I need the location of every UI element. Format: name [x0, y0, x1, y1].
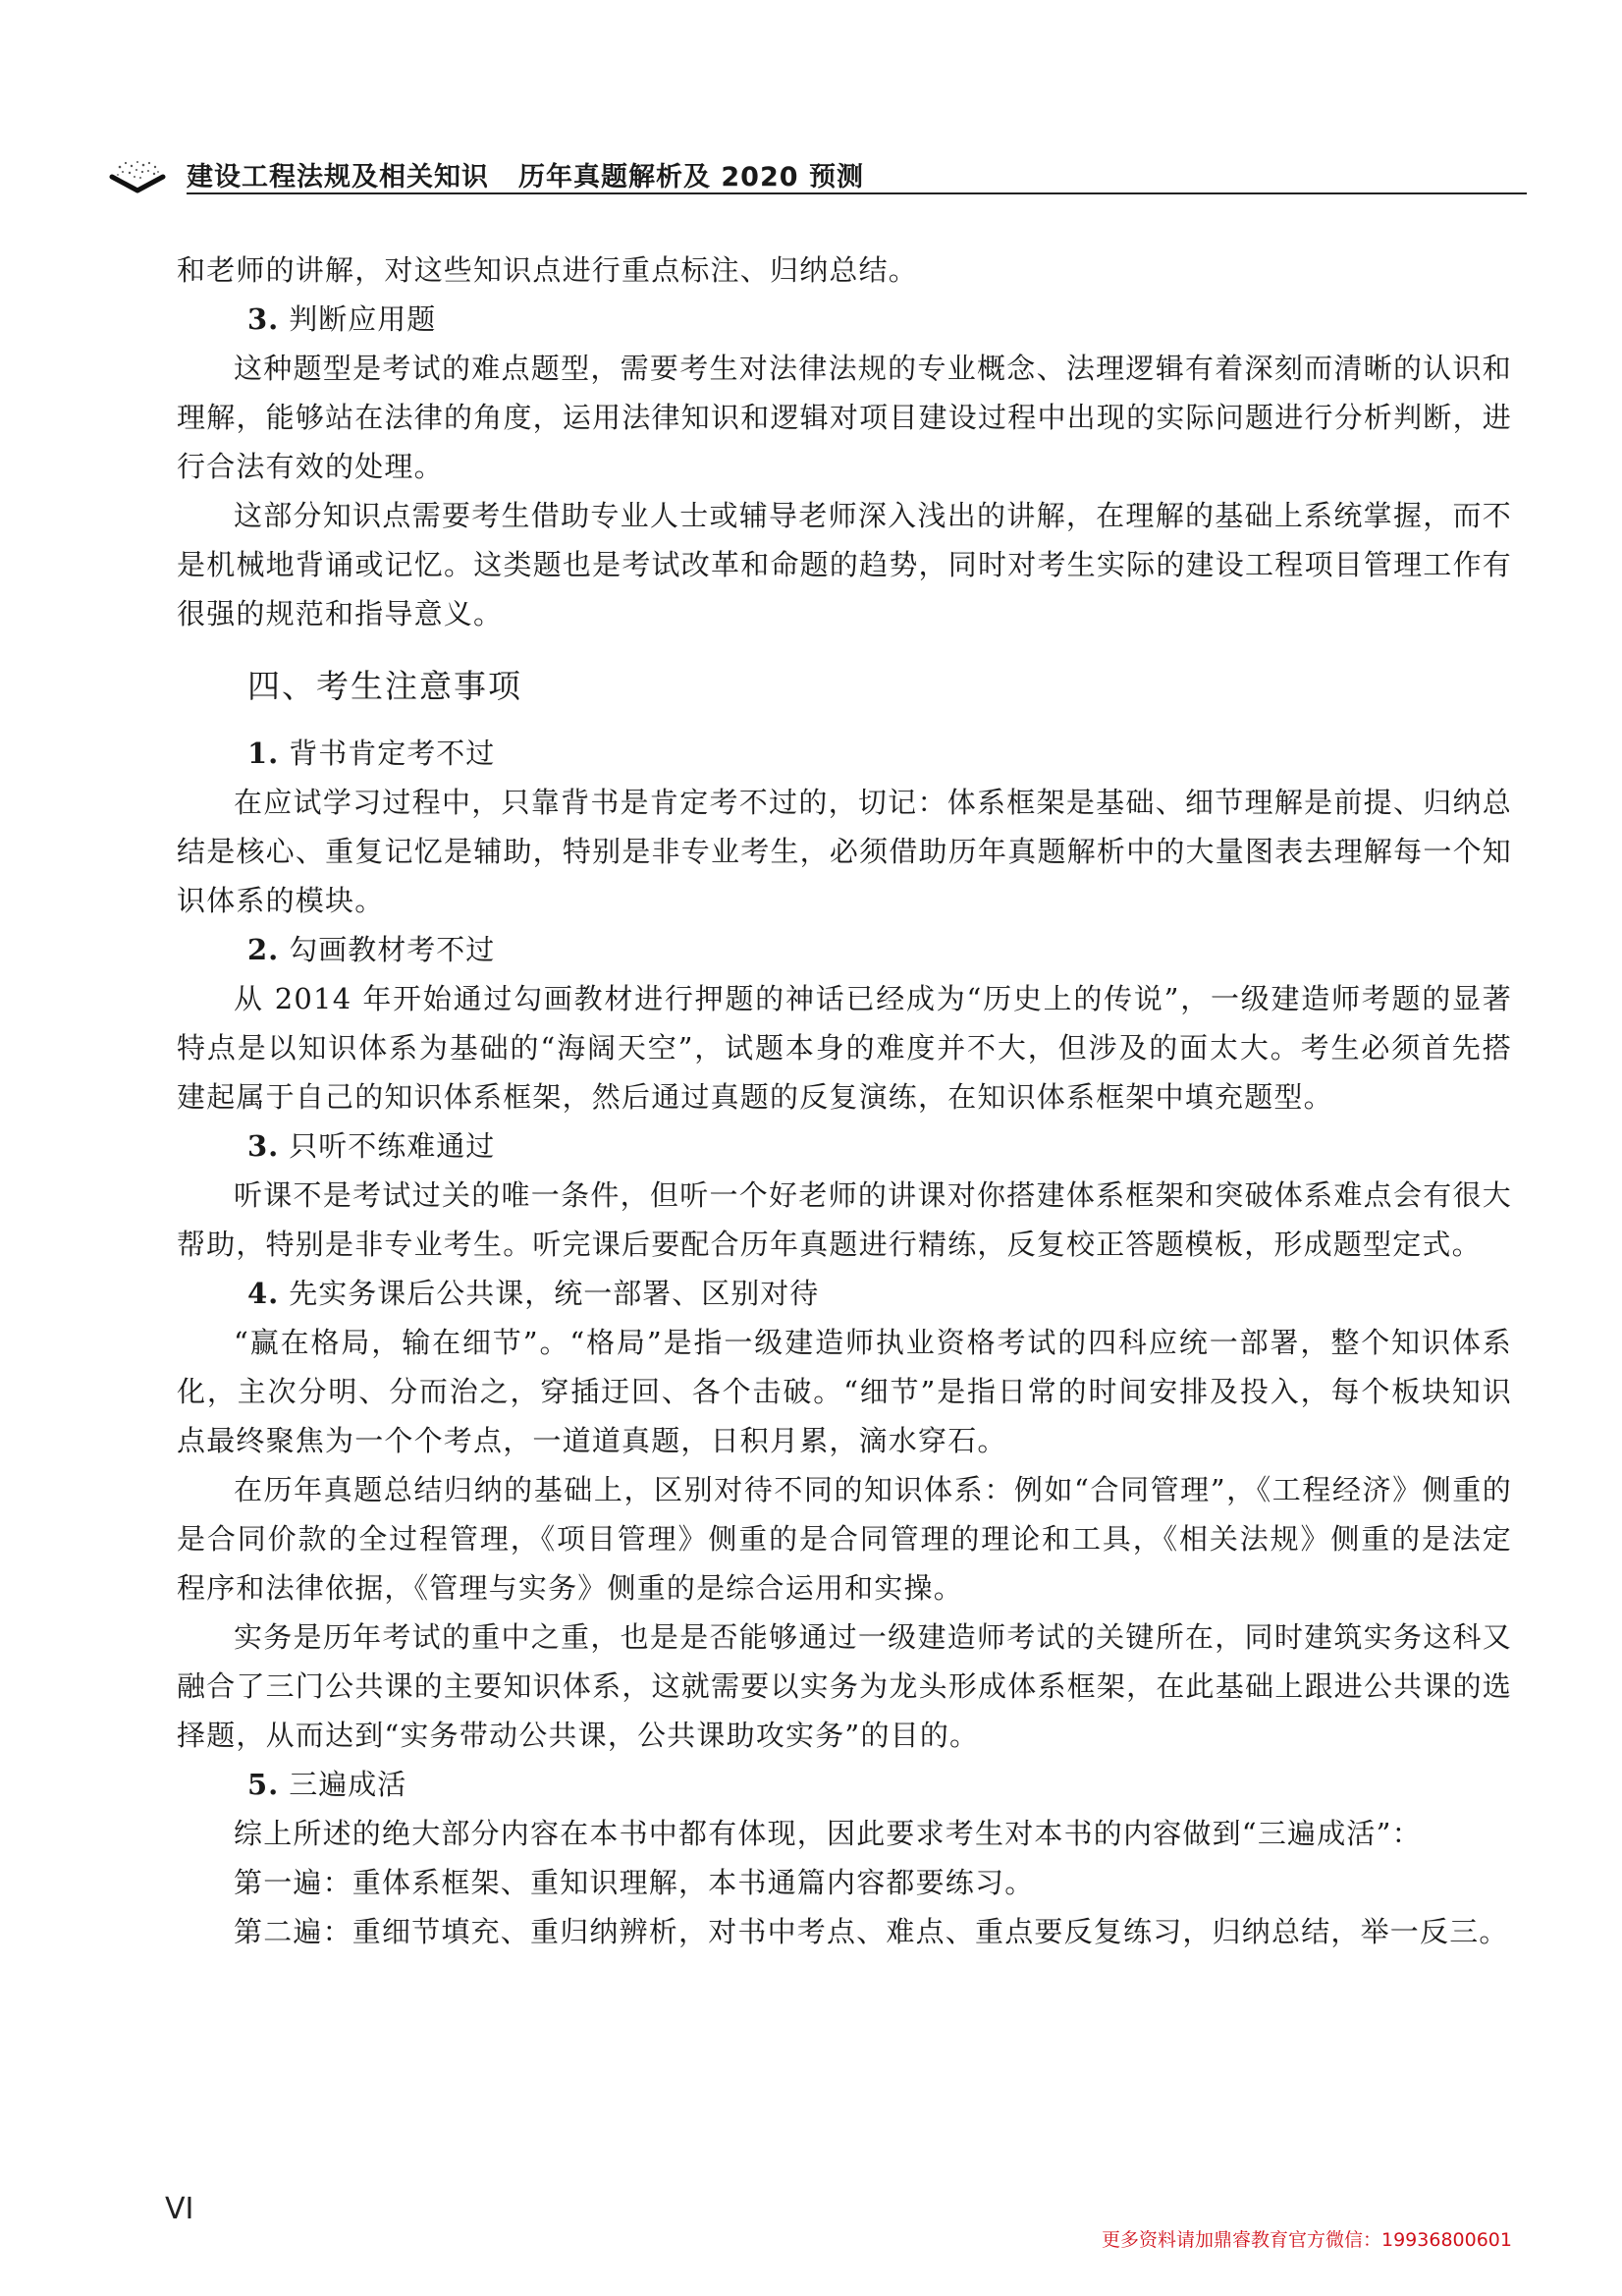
subsection-heading: 3.只听不练难通过 [177, 1121, 1512, 1171]
subsection-title: 判断应用题 [289, 302, 436, 336]
subsection-number: 1. [247, 737, 279, 770]
paragraph: 这部分知识点需要考生借助专业人士或辅导老师深入浅出的讲解，在理解的基础上系统掌握… [177, 491, 1512, 638]
page-number: VI [165, 2192, 193, 2226]
running-header: 建设工程法规及相关知识历年真题解析及 2020 预测 [108, 149, 1527, 198]
paragraph: 实务是历年考试的重中之重，也是是否能够通过一级建造师考试的关键所在，同时建筑实务… [177, 1613, 1512, 1760]
subsection-title: 先实务课后公共课，统一部署、区别对待 [289, 1277, 819, 1310]
subsection-number: 3. [247, 1129, 279, 1163]
paragraph: 听课不是考试过关的唯一条件，但听一个好老师的讲课对你搭建体系框架和突破体系难点会… [177, 1171, 1512, 1269]
paragraph: 第二遍：重细节填充、重归纳辨析，对书中考点、难点、重点要反复练习，归纳总结，举一… [177, 1907, 1512, 1956]
subsection-number: 3. [247, 302, 279, 336]
subsection-number: 4. [247, 1277, 279, 1310]
paragraph: 从 2014 年开始通过勾画教材进行押题的神话已经成为“历史上的传说”，一级建造… [177, 974, 1512, 1121]
subsection-heading: 3.判断应用题 [177, 295, 1512, 344]
subsection-title: 勾画教材考不过 [289, 933, 495, 966]
page-body: 和老师的讲解，对这些知识点进行重点标注、归纳总结。3.判断应用题这种题型是考试的… [177, 246, 1512, 1956]
section-heading: 四、考生注意事项 [177, 662, 1512, 711]
subsection-title: 背书肯定考不过 [289, 737, 495, 770]
subsection-heading: 5.三遍成活 [177, 1760, 1512, 1809]
subsection-number: 5. [247, 1768, 279, 1801]
subsection-heading: 1.背书肯定考不过 [177, 729, 1512, 778]
paragraph: “赢在格局，输在细节”。“格局”是指一级建造师执业资格考试的四科应统一部署，整个… [177, 1318, 1512, 1465]
paragraph: 综上所述的绝大部分内容在本书中都有体现，因此要求考生对本书的内容做到“三遍成活”… [177, 1809, 1512, 1858]
subsection-title: 只听不练难通过 [289, 1129, 495, 1163]
open-book-icon [108, 153, 169, 196]
paragraph: 第一遍：重体系框架、重知识理解，本书通篇内容都要练习。 [177, 1858, 1512, 1907]
paragraph: 这种题型是考试的难点题型，需要考生对法律法规的专业概念、法理逻辑有着深刻而清晰的… [177, 344, 1512, 491]
book-subtitle: 历年真题解析及 2020 预测 [518, 162, 864, 192]
subsection-number: 2. [247, 933, 279, 966]
watermark-text: 更多资料请加鼎睿教育官方微信：19936800601 [1102, 2225, 1512, 2252]
header-title: 建设工程法规及相关知识历年真题解析及 2020 预测 [187, 155, 864, 193]
subsection-title: 三遍成活 [289, 1768, 406, 1801]
paragraph: 在应试学习过程中，只靠背书是肯定考不过的，切记：体系框架是基础、细节理解是前提、… [177, 778, 1512, 925]
header-rule [187, 192, 1527, 194]
subsection-heading: 2.勾画教材考不过 [177, 925, 1512, 974]
paragraph: 和老师的讲解，对这些知识点进行重点标注、归纳总结。 [177, 246, 1512, 295]
subsection-heading: 4.先实务课后公共课，统一部署、区别对待 [177, 1269, 1512, 1318]
paragraph: 在历年真题总结归纳的基础上，区别对待不同的知识体系：例如“合同管理”，《工程经济… [177, 1465, 1512, 1613]
book-title: 建设工程法规及相关知识 [187, 162, 489, 192]
